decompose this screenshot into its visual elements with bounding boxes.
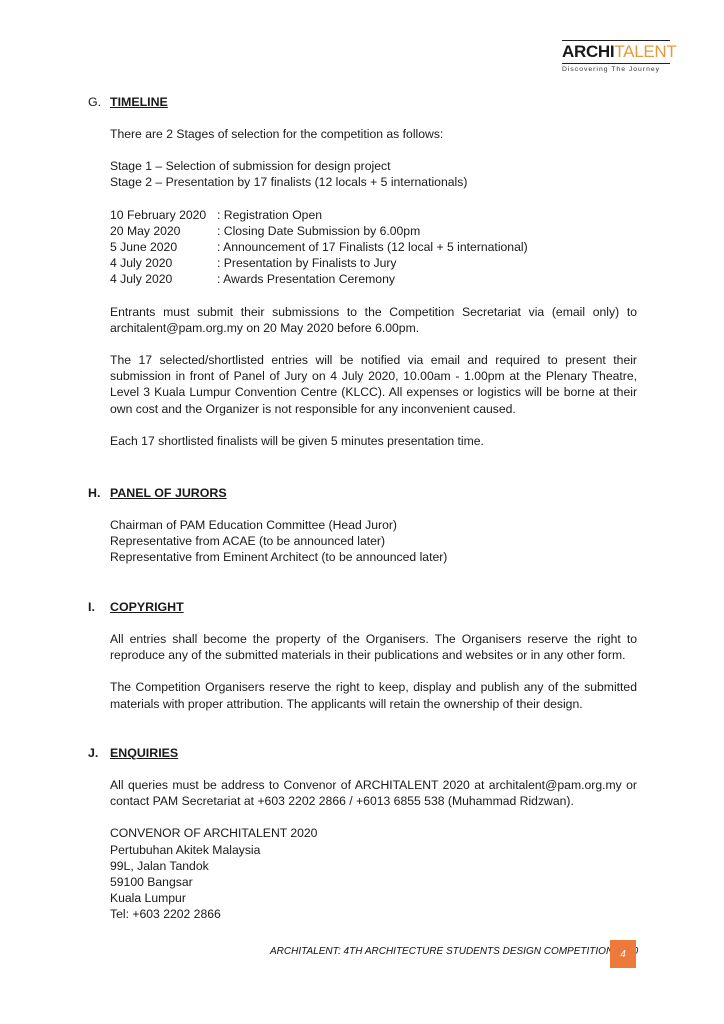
section-title: PANEL OF JURORS bbox=[110, 485, 227, 501]
section-title: COPYRIGHT bbox=[110, 599, 184, 615]
logo-bottom-rule bbox=[562, 63, 670, 64]
copyright-paragraph: The Competition Organisers reserve the r… bbox=[110, 679, 637, 711]
section-heading: J. ENQUIRIES bbox=[88, 745, 648, 761]
section-title: TIMELINE bbox=[110, 94, 168, 110]
logo-part-archi: ARCHI bbox=[562, 42, 614, 61]
section-letter: G. bbox=[88, 94, 110, 110]
timeline-event: : Presentation by Finalists to Jury bbox=[217, 255, 397, 271]
copyright-paragraph: All entries shall become the property of… bbox=[110, 631, 637, 663]
address-line: Pertubuhan Akitek Malaysia bbox=[110, 842, 637, 858]
section-title: ENQUIRIES bbox=[110, 745, 178, 761]
timeline-row: 4 July 2020: Awards Presentation Ceremon… bbox=[110, 271, 637, 287]
address-line: CONVENOR OF ARCHITALENT 2020 bbox=[110, 825, 637, 841]
section-enquiries: J. ENQUIRIES All queries must be address… bbox=[88, 745, 648, 923]
timeline-event: : Announcement of 17 Finalists (12 local… bbox=[217, 239, 528, 255]
timeline-row: 10 February 2020: Registration Open bbox=[110, 207, 637, 223]
architalent-logo: ARCHITALENT Discovering The Journey bbox=[562, 40, 670, 73]
section-panel-of-jurors: H. PANEL OF JURORS Chairman of PAM Educa… bbox=[88, 485, 648, 566]
stage-item: Stage 2 – Presentation by 17 finalists (… bbox=[110, 174, 637, 190]
stage-item: Stage 1 – Selection of submission for de… bbox=[110, 158, 637, 174]
section-copyright: I. COPYRIGHT All entries shall become th… bbox=[88, 599, 648, 712]
timeline-date: 5 June 2020 bbox=[110, 239, 217, 255]
address-line: Kuala Lumpur bbox=[110, 890, 637, 906]
address-line: 99L, Jalan Tandok bbox=[110, 858, 637, 874]
timeline-date: 4 July 2020 bbox=[110, 255, 217, 271]
logo-top-rule bbox=[562, 40, 670, 41]
timeline-date: 10 February 2020 bbox=[110, 207, 217, 223]
timeline-event: : Registration Open bbox=[217, 207, 322, 223]
logo-tagline: Discovering The Journey bbox=[562, 66, 670, 73]
timeline-event: : Awards Presentation Ceremony bbox=[217, 271, 395, 287]
timeline-row: 20 May 2020: Closing Date Submission by … bbox=[110, 223, 637, 239]
section-heading: G. TIMELINE bbox=[88, 94, 648, 110]
address-line: Tel: +603 2202 2866 bbox=[110, 906, 637, 922]
section-letter: J. bbox=[88, 745, 110, 761]
section-letter: H. bbox=[88, 485, 110, 501]
logo-wordmark: ARCHITALENT bbox=[562, 42, 670, 62]
shortlist-paragraph: The 17 selected/shortlisted entries will… bbox=[110, 352, 637, 417]
section-timeline: G. TIMELINE There are 2 Stages of select… bbox=[88, 94, 648, 449]
timeline-date: 4 July 2020 bbox=[110, 271, 217, 287]
submission-paragraph: Entrants must submit their submissions t… bbox=[110, 304, 637, 336]
juror-item: Chairman of PAM Education Committee (Hea… bbox=[110, 517, 637, 533]
presentation-time-paragraph: Each 17 shortlisted finalists will be gi… bbox=[110, 433, 637, 449]
page-number: 4 bbox=[610, 940, 636, 968]
section-letter: I. bbox=[88, 599, 110, 615]
logo-part-talent: TALENT bbox=[614, 42, 676, 61]
timeline-intro: There are 2 Stages of selection for the … bbox=[110, 126, 637, 142]
timeline-date: 20 May 2020 bbox=[110, 223, 217, 239]
section-heading: H. PANEL OF JURORS bbox=[88, 485, 648, 501]
address-line: 59100 Bangsar bbox=[110, 874, 637, 890]
footer-title: ARCHITALENT: 4TH ARCHITECTURE STUDENTS D… bbox=[270, 946, 638, 957]
timeline-event: : Closing Date Submission by 6.00pm bbox=[217, 223, 420, 239]
enquiries-paragraph: All queries must be address to Convenor … bbox=[110, 777, 637, 809]
juror-item: Representative from Eminent Architect (t… bbox=[110, 549, 637, 565]
juror-item: Representative from ACAE (to be announce… bbox=[110, 533, 637, 549]
timeline-row: 4 July 2020: Presentation by Finalists t… bbox=[110, 255, 637, 271]
timeline-row: 5 June 2020: Announcement of 17 Finalist… bbox=[110, 239, 637, 255]
section-heading: I. COPYRIGHT bbox=[88, 599, 648, 615]
